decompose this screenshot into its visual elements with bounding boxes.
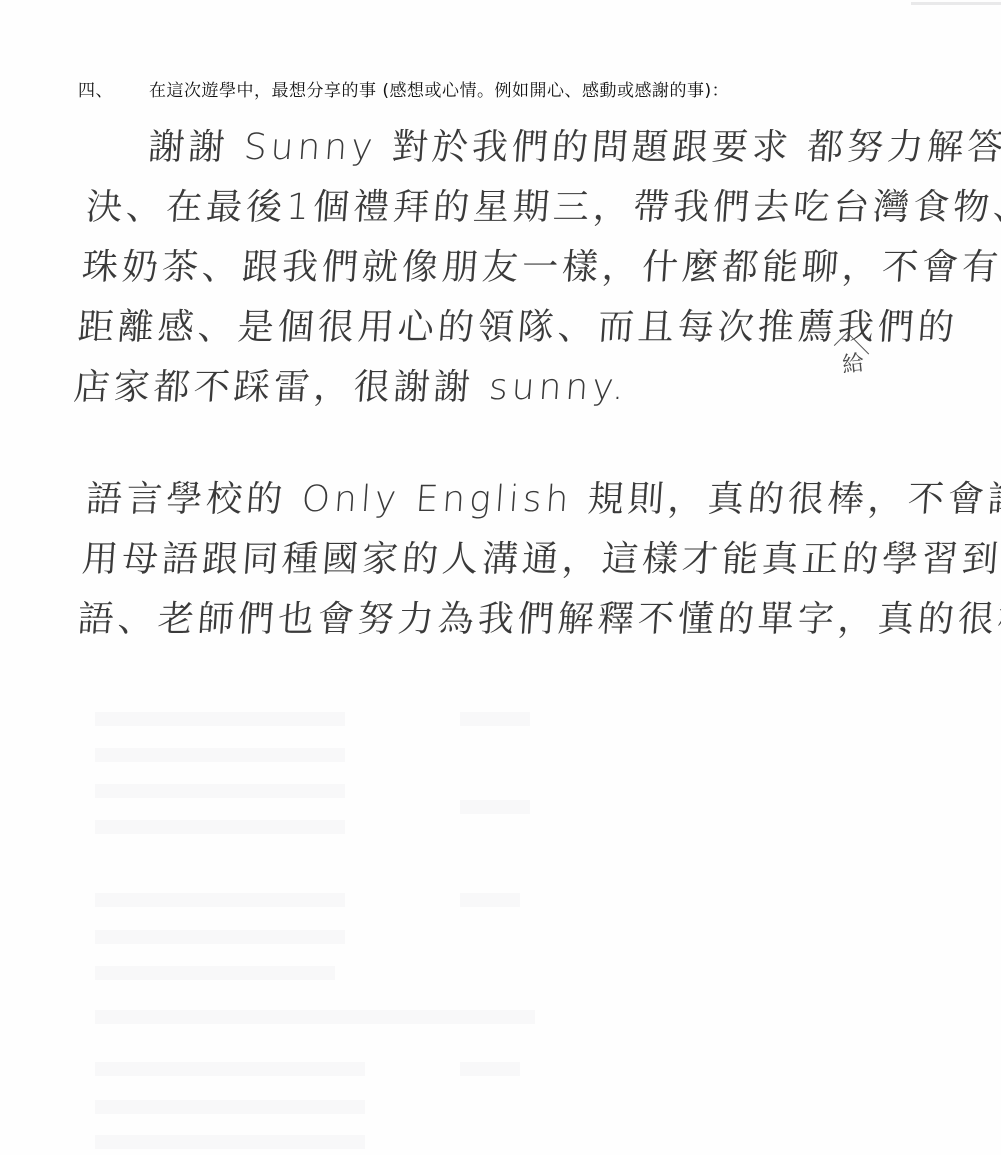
bleed-through <box>95 1062 365 1076</box>
handwritten-line: 決、在最後1個禮拜的星期三，帶我們去吃台灣食物、喝珍 <box>84 178 1001 238</box>
insertion-note: 給 <box>840 346 865 379</box>
bleed-through <box>460 800 530 814</box>
bleed-through <box>95 1010 535 1024</box>
bleed-through <box>95 1135 365 1149</box>
bleed-through <box>95 930 345 944</box>
answer-paragraph-2: 語言學校的 Only English 規則，真的很棒，不會讓我們利 用母語跟同種… <box>76 470 1001 650</box>
bleed-through <box>95 966 335 980</box>
bleed-through <box>95 784 345 798</box>
question-header: 四、 在這次遊學中，最想分享的事 (感想或心情。例如開心、感動或感謝的事)： <box>78 76 729 101</box>
handwritten-line: 語言學校的 Only English 規則，真的很棒，不會讓我們利 <box>84 470 1001 530</box>
question-number: 四、 <box>78 76 113 101</box>
question-prompt: 在這次遊學中，最想分享的事 (感想或心情。例如開心、感動或感謝的事)： <box>149 76 729 101</box>
handwritten-line: 用母語跟同種國家的人溝通，這樣才能真正的學習到英 <box>80 530 1001 590</box>
bleed-through <box>460 712 530 726</box>
bleed-through <box>460 893 520 907</box>
bleed-through <box>95 748 345 762</box>
bleed-through <box>95 1100 365 1114</box>
bleed-through <box>95 893 345 907</box>
scanned-page: 四、 在這次遊學中，最想分享的事 (感想或心情。例如開心、感動或感謝的事)： 謝… <box>0 0 1001 1155</box>
handwritten-line: 謝謝 Sunny 對於我們的問題跟要求 都努力解答跟解 <box>88 118 1001 178</box>
bleed-through <box>95 712 345 726</box>
bleed-through <box>460 1062 520 1076</box>
scan-edge-artifact <box>911 2 1001 5</box>
handwritten-line: 語、老師們也會努力為我們解釋不懂的單字，真的很棒 <box>76 590 1001 650</box>
bleed-through <box>95 820 345 834</box>
handwritten-line: 珠奶茶、跟我們就像朋友一樣，什麼都能聊，不會有 <box>80 238 1001 298</box>
